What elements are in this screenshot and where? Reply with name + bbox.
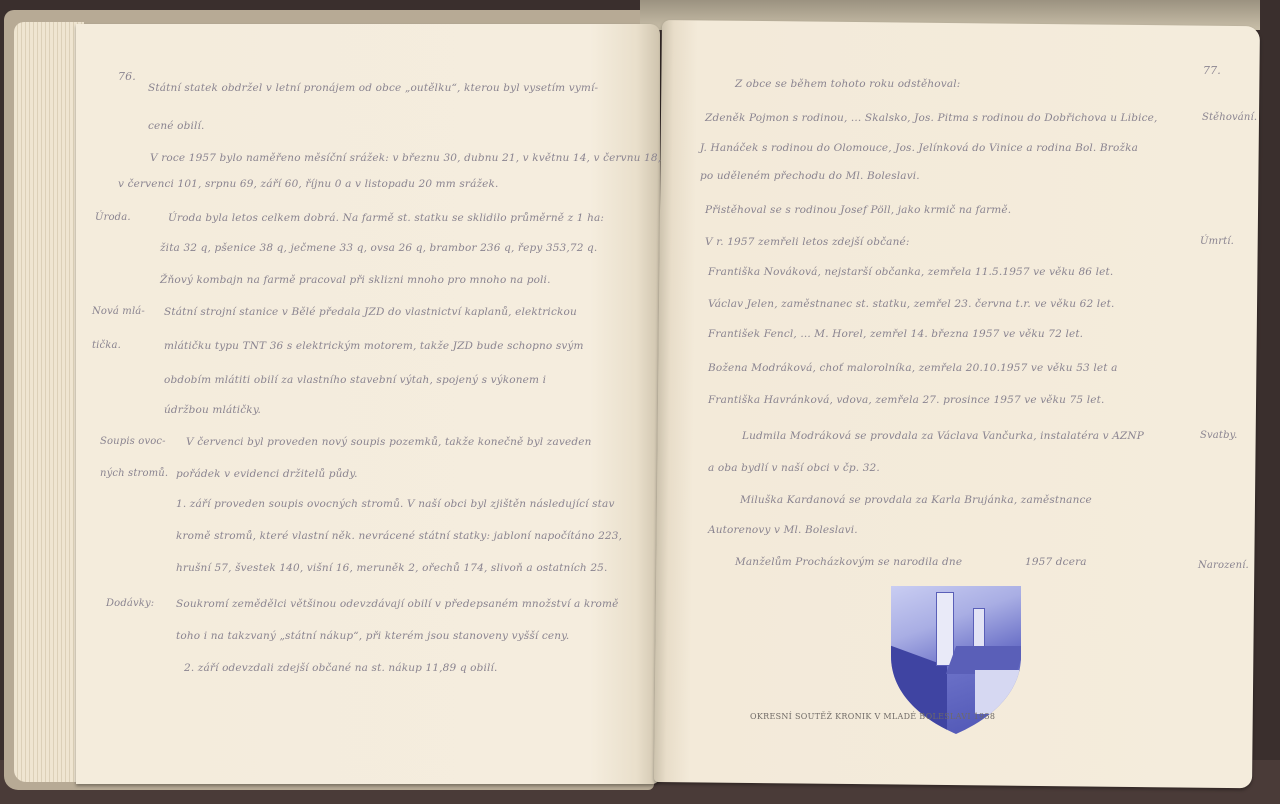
left-line-15: kromě stromů, které vlastní něk. nevráce… [176, 530, 622, 542]
margin-label-soupis-2: ných stromů. [100, 468, 168, 479]
left-line-1: Státní statek obdržel v letní pronájem o… [148, 82, 598, 94]
margin-label-umrti: Úmrtí. [1200, 236, 1234, 247]
left-line-2: cené obilí. [148, 120, 205, 132]
right-line-13: a oba bydlí v naší obci v čp. 32. [708, 462, 880, 474]
stamp-church-tower [936, 592, 954, 666]
left-line-3: V roce 1957 bylo naměřeno měsíční srážek… [150, 152, 661, 164]
right-line-16: Manželům Procházkovým se narodila dne [735, 556, 962, 568]
left-line-9: mlátičku typu TNT 36 s elektrickým motor… [164, 340, 584, 352]
right-line-3: J. Hanáček s rodinou do Olomouce, Jos. J… [700, 142, 1138, 154]
margin-label-stehovani: Stěhování. [1202, 112, 1257, 123]
right-line-6: V r. 1957 zemřeli letos zdejší občané: [705, 236, 910, 248]
margin-label-uroda: Úroda. [95, 212, 131, 223]
margin-label-soupis-1: Soupis ovoc- [100, 436, 166, 447]
left-line-14: 1. září proveden soupis ovocných stromů.… [176, 498, 615, 510]
page-edges [14, 22, 84, 782]
margin-label-narozeni: Narození. [1198, 560, 1249, 571]
margin-label-svatby: Svatby. [1200, 430, 1237, 441]
right-line-17: 1957 dcera [1025, 556, 1087, 568]
right-line-4: po uděleném přechodu do Ml. Boleslavi. [700, 170, 920, 182]
page-number-right: 77. [1203, 64, 1221, 77]
right-line-9: František Fencl, ... M. Horel, zemřel 14… [708, 328, 1083, 340]
margin-label-nova-mlaticka-1: Nová mlá- [92, 306, 145, 317]
left-line-7: Žňový kombajn na farmě pracoval při skli… [160, 274, 551, 286]
left-line-13: pořádek v evidenci držitelů půdy. [176, 468, 358, 480]
left-line-17: Soukromí zemědělci většinou odevzdávají … [176, 598, 619, 610]
left-line-18: toho i na takzvaný „státní nákup“, při k… [176, 630, 569, 642]
right-line-12: Ludmila Modráková se provdala za Václava… [742, 430, 1144, 442]
competition-stamp-text: OKRESNÍ SOUTĚŽ KRONIK V MLADÉ BOLESLAVI … [750, 712, 995, 721]
left-line-5: Úroda byla letos celkem dobrá. Na farmě … [168, 212, 604, 224]
right-line-15: Autorenovy v Ml. Boleslavi. [708, 524, 858, 536]
margin-label-dodavky: Dodávky: [106, 598, 154, 609]
margin-label-nova-mlaticka-2: tička. [92, 340, 121, 351]
left-line-19: 2. září odevzdali zdejší občané na st. n… [184, 662, 498, 674]
left-line-6: žita 32 q, pšenice 38 q, ječmene 33 q, o… [160, 242, 597, 254]
right-line-2: Zdeněk Pojmon s rodinou, ... Skalsko, Jo… [705, 112, 1158, 124]
left-line-16: hrušní 57, švestek 140, višní 16, meruně… [176, 562, 608, 574]
right-line-8: Václav Jelen, zaměstnanec st. statku, ze… [708, 298, 1115, 310]
left-line-10: obdobím mlátiti obilí za vlastního stave… [164, 374, 546, 386]
left-line-11: údržbou mlátičky. [164, 404, 261, 416]
right-line-11: Františka Havránková, vdova, zemřela 27.… [708, 394, 1104, 406]
right-line-14: Miluška Kardanová se provdala za Karla B… [740, 494, 1092, 506]
right-line-5: Přistěhoval se s rodinou Josef Pöll, jak… [705, 204, 1011, 216]
right-line-7: Františka Nováková, nejstarší občanka, z… [708, 266, 1113, 278]
page-number-left: 76. [118, 70, 136, 83]
right-line-1: Z obce se během tohoto roku odstěhoval: [735, 78, 960, 90]
left-line-8: Státní strojní stanice v Bělé předala JZ… [164, 306, 577, 318]
left-line-4: v červenci 101, srpnu 69, září 60, říjnu… [118, 178, 499, 190]
right-line-10: Božena Modráková, choť malorolníka, zemř… [708, 362, 1117, 374]
left-line-12: V červenci byl proveden nový soupis poze… [186, 436, 592, 448]
